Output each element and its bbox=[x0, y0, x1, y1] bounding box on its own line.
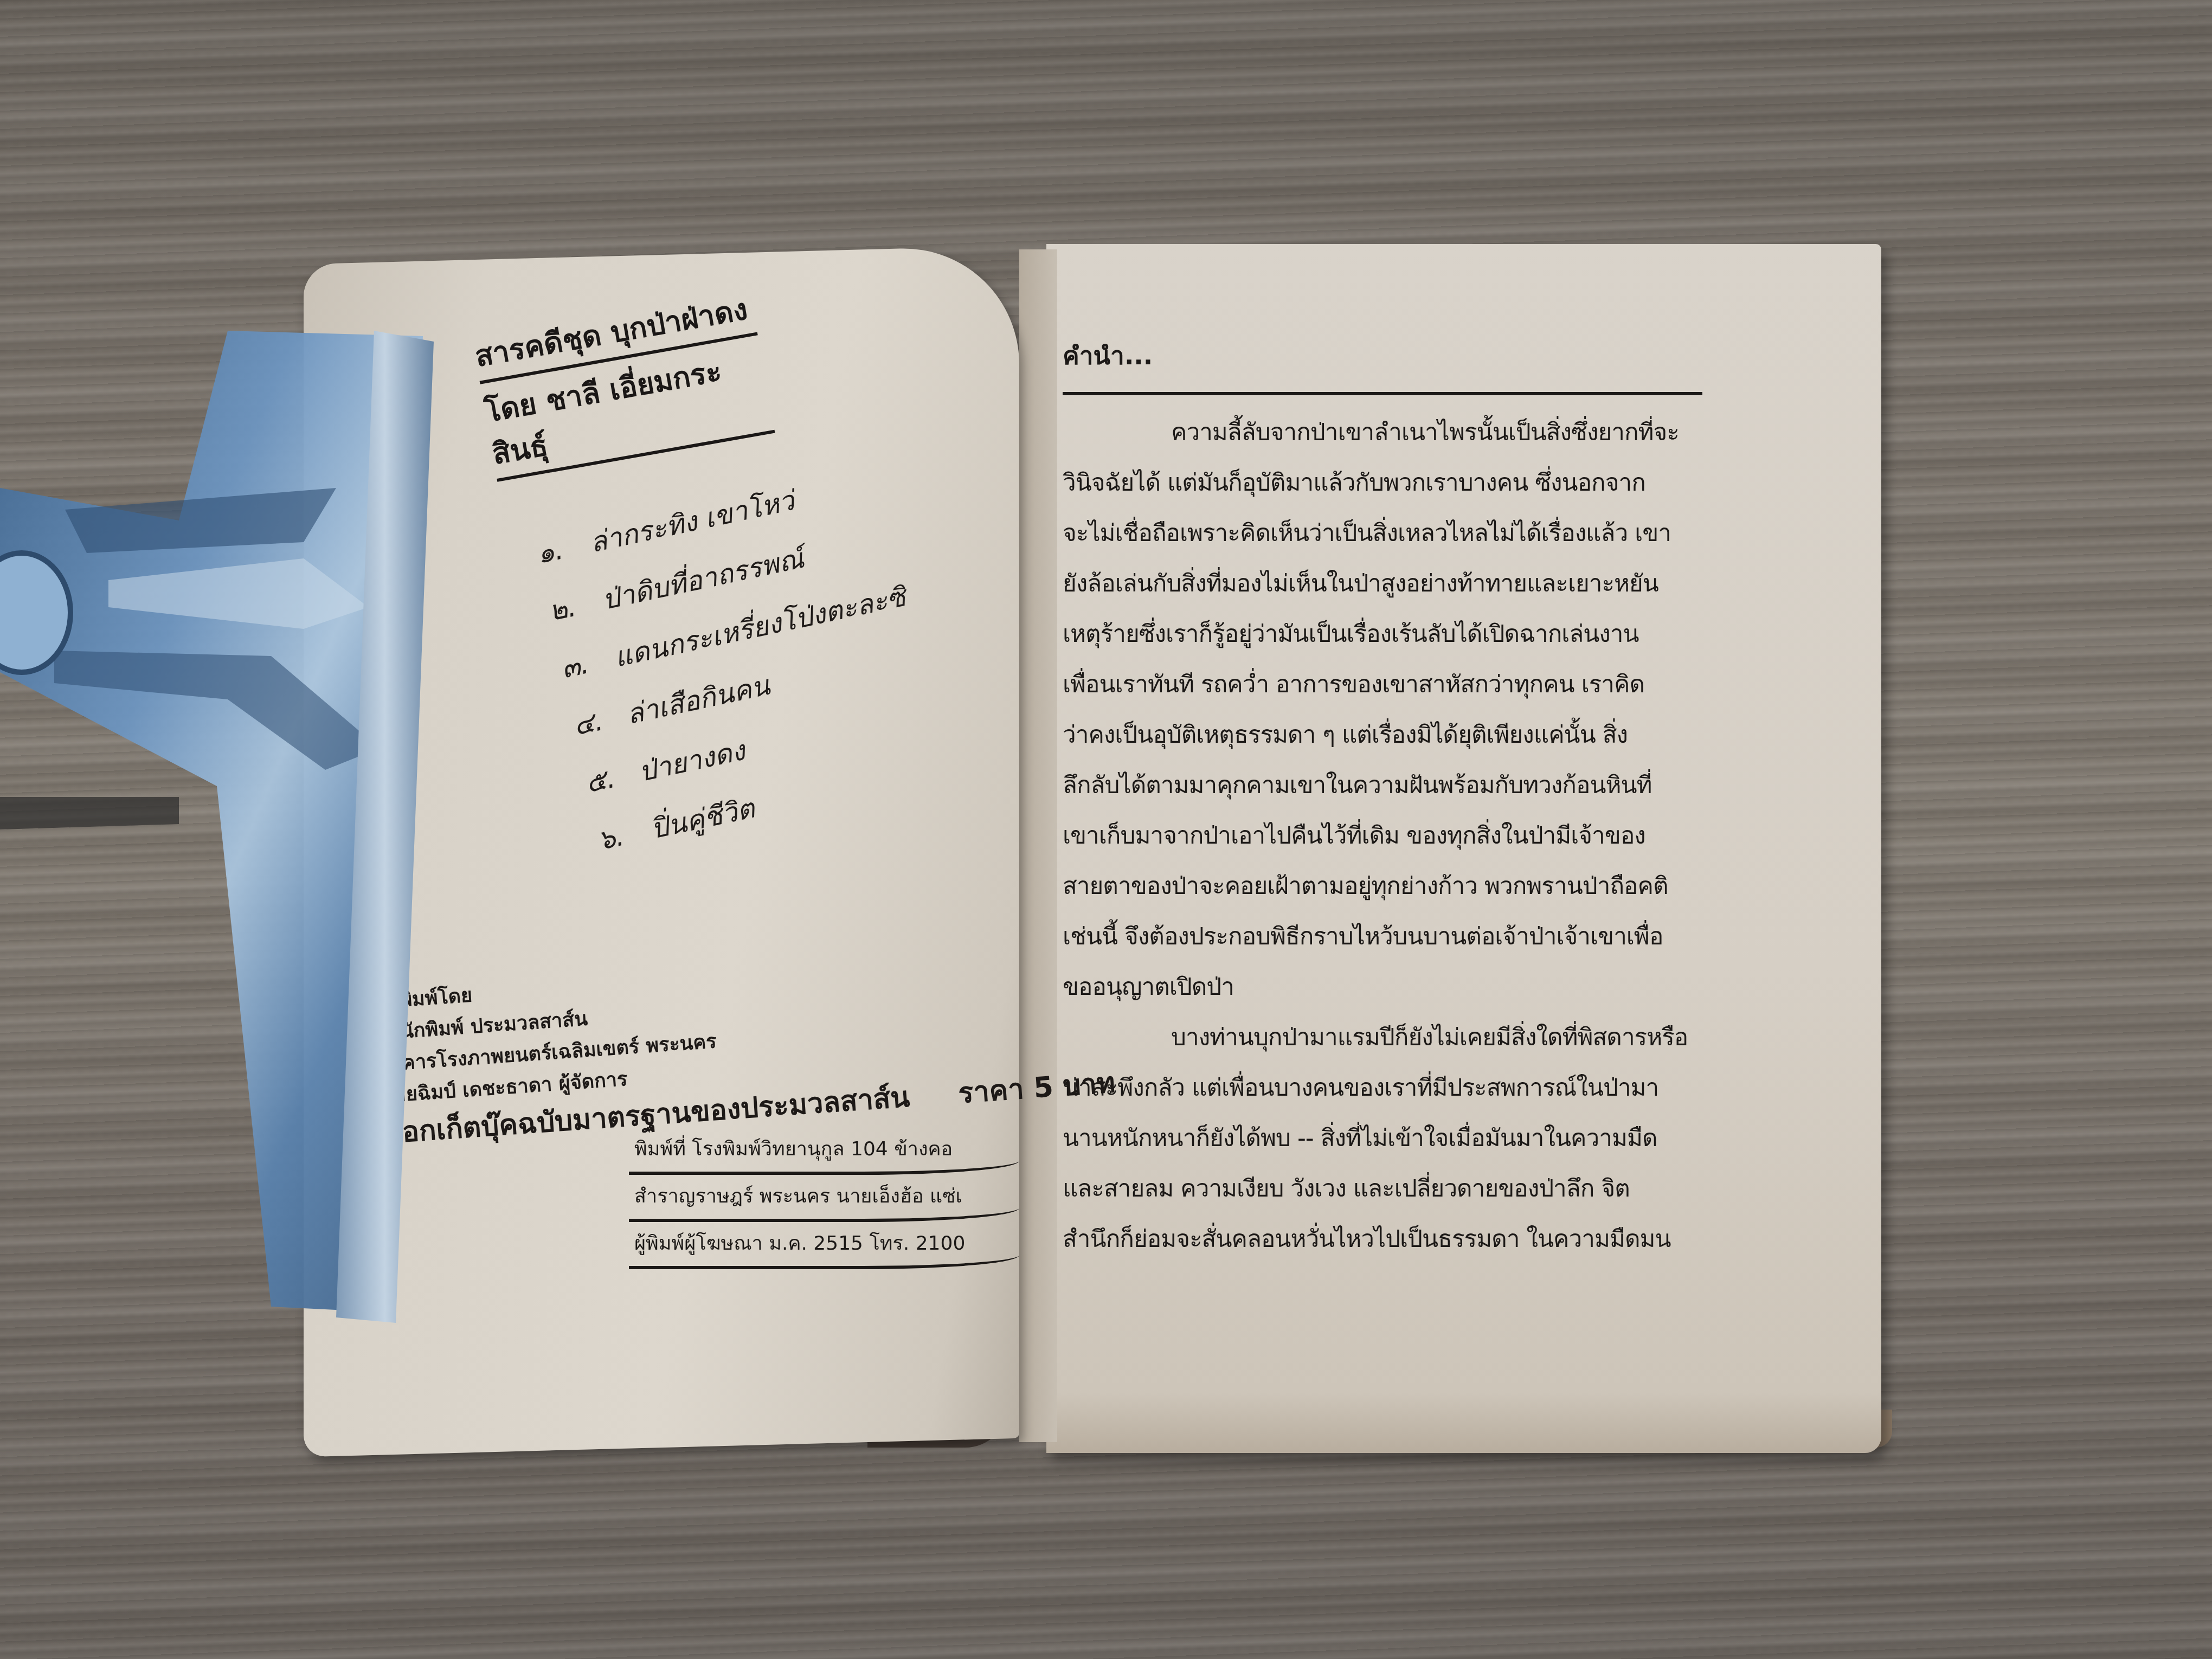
foreword-line: เช่นนี้ จึงต้องประกอบพิธีกราบไหว้บนบานต่… bbox=[1063, 911, 1702, 962]
foreword-line: เหตุร้ายซึ่งเราก็รู้อยู่ว่ามันเป็นเรื่อง… bbox=[1063, 609, 1702, 659]
imprint-row: ผู้พิมพ์ผู้โฆษณา ม.ค. 2515 โทร. 2100 bbox=[629, 1222, 1019, 1269]
series-header: สารคดีชุด บุกป่าฝ่าดง โดย ชาลี เอี่ยมกระ… bbox=[472, 287, 776, 490]
foreword-line: ลึกลับได้ตามมาคุกคามเขาในความฝันพร้อมกับ… bbox=[1063, 760, 1702, 811]
printer-imprint: พิมพ์ที่ โรงพิมพ์วิทยานุกูล 104 ข้างคอ ส… bbox=[629, 1128, 1019, 1269]
imprint-row: สำราญราษฎร์ พระนคร นายเอ็งฮ้อ แซ่เ bbox=[629, 1175, 1019, 1222]
foreword-title: คำนำ... bbox=[1063, 336, 1702, 376]
title-rule bbox=[1063, 392, 1702, 395]
foreword-line: สายตาของป่าจะคอยเฝ้าตามอยู่ทุกย่างก้าว พ… bbox=[1063, 861, 1702, 911]
foreword-line: น่าสะพึงกลัว แต่เพื่อนบางคนของเราที่มีปร… bbox=[1063, 1063, 1702, 1113]
foreword-line: ยังล้อเล่นกับสิ่งที่มองไม่เห็นในป่าสูงอย… bbox=[1063, 558, 1702, 609]
foreword-line: จะไม่เชื่อถือเพราะคิดเห็นว่าเป็นสิ่งเหลว… bbox=[1063, 508, 1702, 558]
foreword-line: บางท่านบุกป่ามาแรมปีก็ยังไม่เคยมีสิ่งใดท… bbox=[1063, 1012, 1702, 1063]
foreword-line: นานหนักหนาก็ยังได้พบ -- สิ่งที่ไม่เข้าใจ… bbox=[1063, 1113, 1702, 1163]
foreword-section: คำนำ... ความลี้ลับจากป่าเขาลำเนาไพรนั้นเ… bbox=[1063, 336, 1702, 1264]
imprint-row: พิมพ์ที่ โรงพิมพ์วิทยานุกูล 104 ข้างคอ bbox=[629, 1128, 1019, 1175]
foreword-line: ว่าคงเป็นอุบัติเหตุธรรมดา ๆ แต่เรื่องมิไ… bbox=[1063, 710, 1702, 760]
publisher-info: จัดพิมพ์โดย สำนักพิมพ์ ประมวลสาส์น อาคาร… bbox=[374, 936, 1117, 1155]
foreword-line: ความลี้ลับจากป่าเขาลำเนาไพรนั้นเป็นสิ่งซ… bbox=[1063, 407, 1702, 458]
foreword-line: สำนึกก็ย่อมจะสั่นคลอนหวั่นไหวไปเป็นธรรมด… bbox=[1063, 1214, 1702, 1264]
foreword-line: และสายลม ความเงียบ วังเวง และเปลี่ยวดายข… bbox=[1063, 1163, 1702, 1214]
book-gutter bbox=[1019, 249, 1057, 1442]
table-of-contents: ๑.ล่ากระทิง เขาโหว่ ๒.ป่าดิบที่อาถรรพณ์ … bbox=[531, 453, 948, 869]
binder-clip-icon bbox=[0, 325, 434, 1334]
foreword-line: เพื่อนเราทันที รถคว่ำ อาการของเขาสาหัสกว… bbox=[1063, 659, 1702, 710]
foreword-line: เขาเก็บมาจากป่าเอาไปคืนไว้ที่เดิม ของทุก… bbox=[1063, 811, 1702, 861]
foreword-line: ขออนุญาตเปิดป่า bbox=[1063, 962, 1702, 1012]
foreword-line: วินิจฉัยได้ แต่มันก็อุบัติมาแล้วกับพวกเร… bbox=[1063, 458, 1702, 508]
